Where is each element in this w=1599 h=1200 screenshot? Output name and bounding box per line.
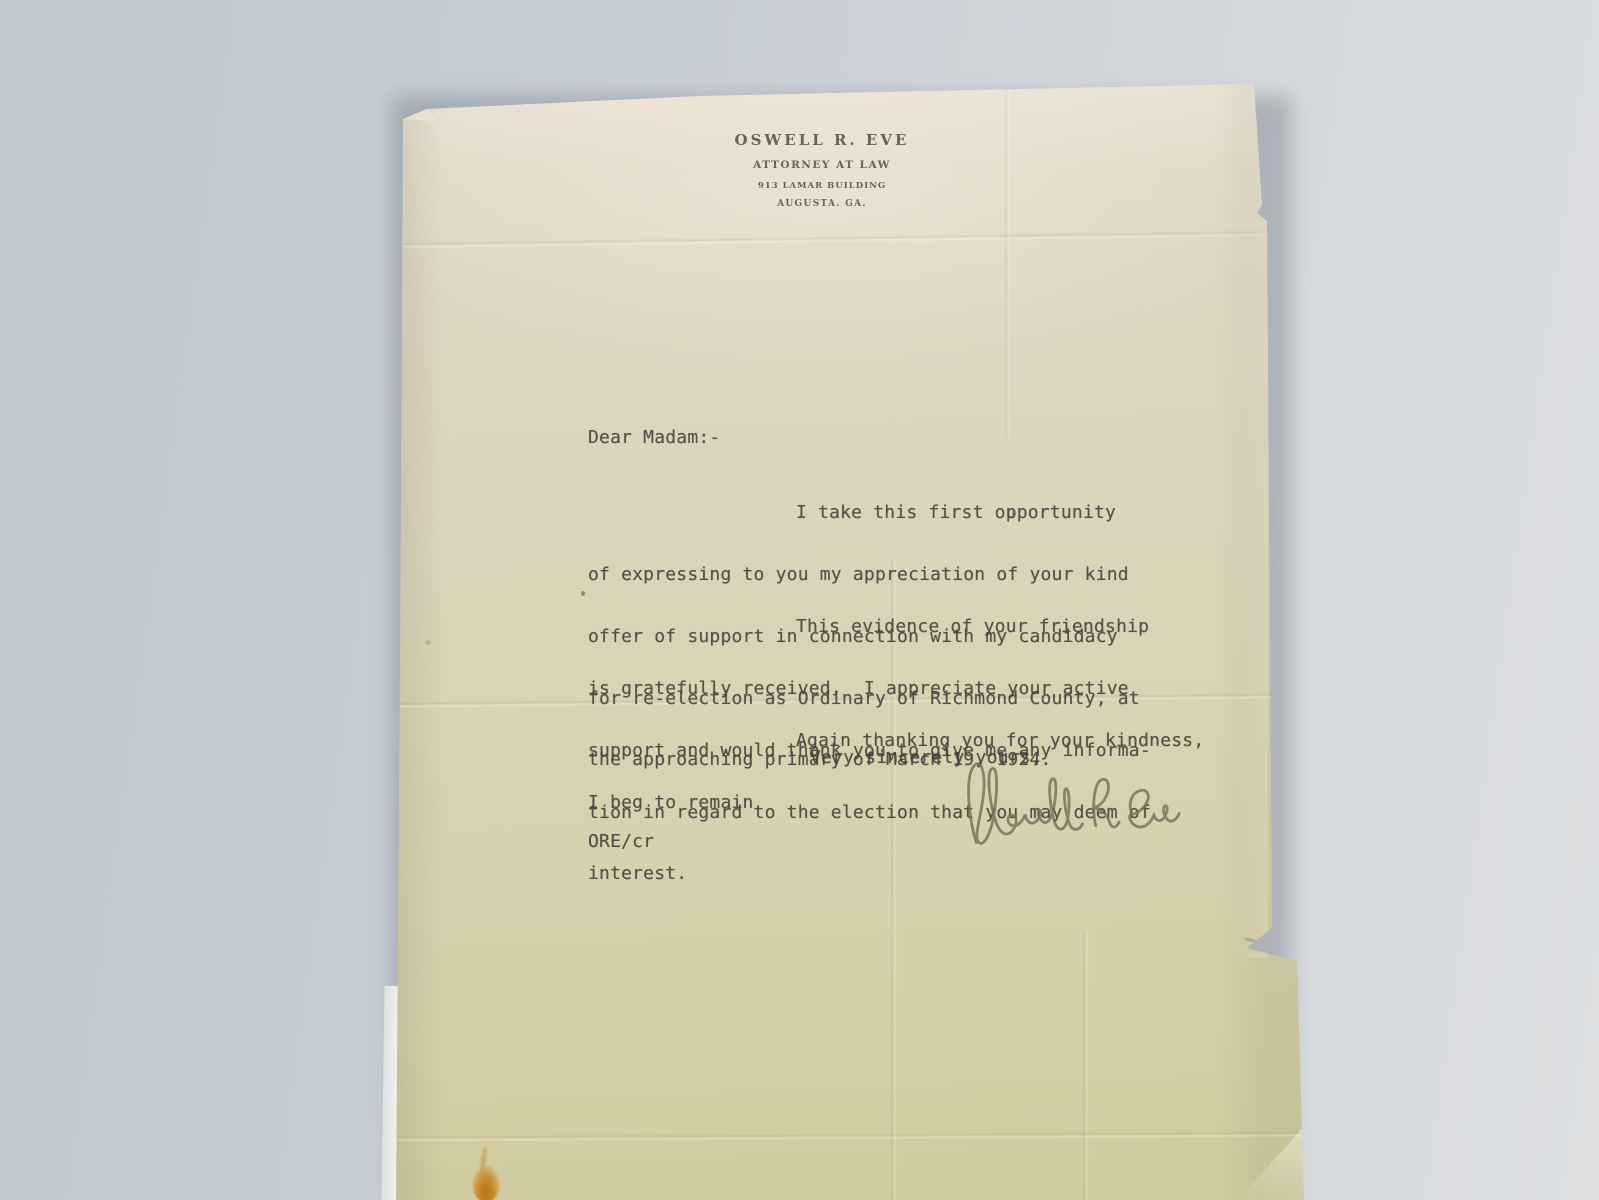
stray-typo-character: u [1006, 503, 1015, 524]
letterhead-address: 913 LAMAR BUILDING [572, 181, 1072, 191]
ink-speck [581, 591, 585, 596]
letter-paper: OSWELL R. EVE ATTORNEY AT LAW 913 LAMAR … [0, 0, 1599, 1200]
paper-speck [425, 640, 431, 645]
fold-crease-top [403, 230, 1263, 249]
typist-initials: ORE/cr [588, 832, 654, 853]
letter-salutation: Dear Madam:- [588, 428, 720, 449]
crease-vertical-lower [1082, 930, 1089, 1200]
letter-line: I take this first opportunity [796, 503, 1140, 524]
handwritten-signature [955, 758, 1193, 852]
letterhead-city: AUGUSTA. GA. [572, 199, 1072, 209]
letter-line: This evidence of your friendship [796, 617, 1151, 638]
letterhead-name: OSWELL R. EVE [572, 131, 1072, 149]
photo-scene: OSWELL R. EVE ATTORNEY AT LAW 913 LAMAR … [0, 0, 1599, 1200]
letter-line: interest. [588, 864, 1151, 885]
ink-stain [472, 1166, 500, 1200]
fold-crease-bottom [398, 1131, 1303, 1143]
letterhead-title: ATTORNEY AT LAW [572, 159, 1072, 171]
